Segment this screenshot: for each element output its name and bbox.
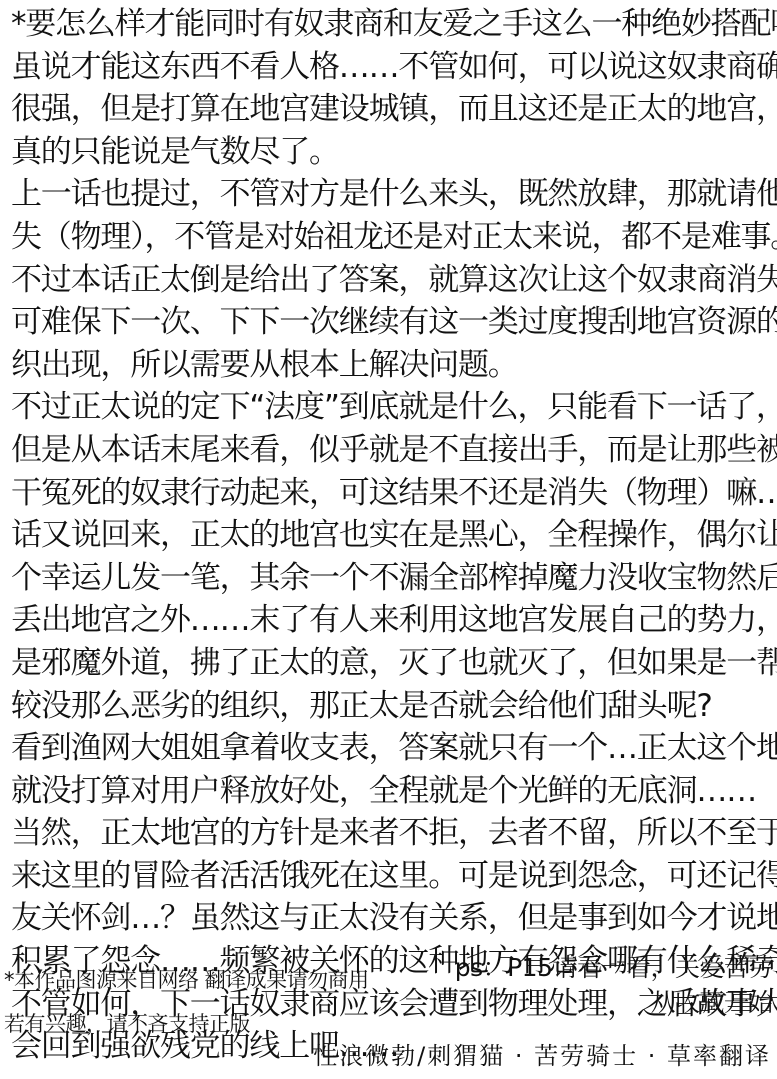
text-line: 但是从本话末尾来看，似乎就是不直接出手，而是让那些被榨 [11,429,777,472]
text-line: 来这里的冒险者活活饿死在这里。可是说到怨念，可还记得队 [11,855,777,898]
text-line: 织出现，所以需要从根本上解决问题。 [11,344,777,387]
commentary-text: *要怎么样才能同时有奴隶商和友爱之手这么一种绝妙搭配呢… 虽说才能这东西不看人格… [11,3,777,1068]
text-line: 真的只能说是气数尽了。 [11,131,777,174]
copyright-notice: *本作品图源来自网络 翻译成果请勿商用 [4,964,369,994]
text-line: 看到渔网大姐姐拿着收支表，答案就只有一个…正太这个地宫 [11,727,777,770]
text-line: 丢出地宫之外……末了有人来利用这地宫发展自己的势力，虽说 [11,599,777,642]
ps-note-line1: ps：P15请看一看，关爱苦劳 [455,948,773,984]
text-line: 就没打算对用户释放好处，全程就是个光鲜的无底洞…… [11,770,777,813]
text-line: 友关怀剑…？虽然这与正太没有关系，但是事到如今才说地宫 [11,897,777,940]
ps-note-line2: 从收藏开始 [650,983,773,1019]
text-line: 上一话也提过，不管对方是什么来头，既然放肆，那就请他消 [11,173,777,216]
text-line: 不过正太说的定下“法度”到底就是什么，只能看下一话了， [11,386,777,429]
text-line: 较没那么恶劣的组织，那正太是否就会给他们甜头呢? [11,685,777,728]
text-line: 干冤死的奴隶行动起来，可这结果不还是消失（物理）嘛…… [11,472,777,515]
text-line: 虽说才能这东西不看人格……不管如何，可以说这奴隶商确实 [11,46,777,89]
text-line: 很强，但是打算在地宫建设城镇，而且这还是正太的地宫，这 [11,88,777,131]
text-line: 话又说回来，正太的地宫也实在是黑心，全程操作，偶尔让几 [11,514,777,557]
text-line: *要怎么样才能同时有奴隶商和友爱之手这么一种绝妙搭配呢… [11,3,777,46]
text-line: 不过本话正太倒是给出了答案，就算这次让这个奴隶商消失， [11,259,777,302]
text-line: 当然，正太地宫的方针是来者不拒，去者不留，所以不至于让 [11,812,777,855]
translator-credits: 性浪微勃/刺猬猫 · 苦劳骑士 · 草率翻译 [313,1036,771,1071]
text-line: 是邪魔外道，拂了正太的意，灭了也就灭了，但如果是一帮比 [11,642,777,685]
text-line: 失（物理），不管是对始祖龙还是对正太来说，都不是难事。 [11,216,777,259]
text-line: 可难保下一次、下下一次继续有这一类过度搜刮地宫资源的组 [11,301,777,344]
text-line: 个幸运儿发一笔，其余一个不漏全部榨掉魔力没收宝物然后再 [11,557,777,600]
support-notice: 若有兴趣，请不吝支持正版 [4,1008,250,1038]
